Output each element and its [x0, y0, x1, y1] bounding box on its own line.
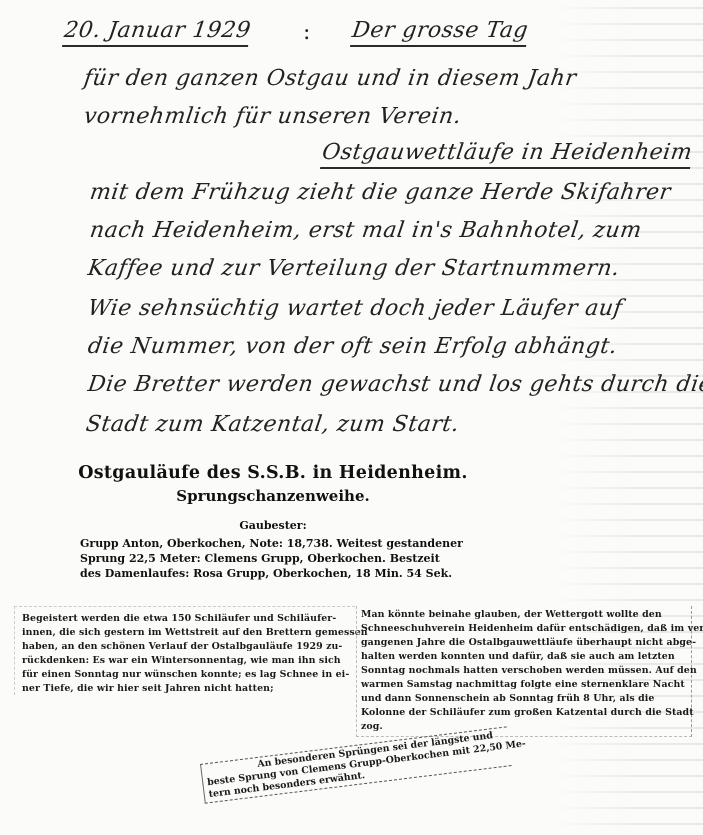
handwritten-date: 20. Januar 1929: [62, 18, 252, 47]
handwritten-heading: Der grosse Tag: [350, 18, 530, 47]
handwritten-line: vornehmlich für unseren Verein.: [82, 104, 463, 129]
results-line: Sprung 22,5 Meter: Clemens Grupp, Oberko…: [80, 551, 462, 566]
article-line: Schneeschuhverein Heidenheim dafür entsc…: [361, 622, 687, 636]
article-line: Kolonne der Schiläufer zum großen Katzen…: [361, 706, 687, 720]
article-line: gangenen Jahre die Ostalbgauwettläufe üb…: [361, 636, 687, 650]
handwritten-line: die Nummer, von der oft sein Erfolg abhä…: [86, 334, 619, 359]
handwritten-line: Die Bretter werden gewachst und los geht…: [86, 372, 703, 397]
handwritten-subheading: Ostgauwettläufe in Heidenheim: [320, 140, 694, 169]
slip-clipping: An besonderen Sprüngen sei der längste u…: [200, 726, 512, 803]
clipping-subtitle: Sprungschanzenweihe.: [78, 487, 468, 505]
clipping-title: Ostgauläufe des S.S.B. in Heidenheim.: [78, 463, 468, 483]
handwritten-line: Stadt zum Katzental, zum Start.: [84, 412, 461, 437]
article-line: und dann Sonnenschein ab Sonntag früh 8 …: [361, 692, 687, 706]
article-right: Man könnte beinahe glauben, der Wettergo…: [356, 606, 692, 737]
article-line: halten werden konnten und dafür, daß sie…: [361, 650, 687, 664]
handwritten-line: mit dem Frühzug zieht die ganze Herde Sk…: [88, 180, 672, 205]
article-line: Sonntag nochmals hatten verschoben werde…: [361, 664, 687, 678]
article-line: innen, die sich gestern im Wettstreit au…: [22, 626, 352, 640]
handwritten-line: Kaffee und zur Verteilung der Startnumme…: [86, 256, 621, 281]
results-line: des Damenlaufes: Rosa Grupp, Oberkochen,…: [80, 566, 462, 581]
handwritten-line: nach Heidenheim, erst mal in's Bahnhotel…: [88, 218, 643, 243]
article-line: für einen Sonntag nur wünschen konnte; e…: [22, 668, 352, 682]
article-line: ner Tiefe, die wir hier seit Jahren nich…: [22, 682, 352, 696]
results-line: Grupp Anton, Oberkochen, Note: 18,738. W…: [80, 536, 462, 551]
article-line: Begeistert werden die etwa 150 Schiläufe…: [22, 612, 352, 626]
handwritten-separator: :: [303, 20, 310, 45]
handwritten-line: für den ganzen Ostgau und in diesem Jahr: [82, 66, 578, 91]
article-line: warmen Samstag nachmittag folgte eine st…: [361, 678, 687, 692]
handwritten-line: Wie sehnsüchtig wartet doch jeder Läufer…: [86, 296, 624, 321]
article-line: haben, an den schönen Verlauf der Ostalb…: [22, 640, 352, 654]
article-line: zog.: [361, 720, 687, 734]
clipping-results: Grupp Anton, Oberkochen, Note: 18,738. W…: [80, 536, 462, 581]
article-left: Begeistert werden die etwa 150 Schiläufe…: [22, 612, 352, 696]
article-line: Man könnte beinahe glauben, der Wettergo…: [361, 608, 687, 622]
article-line: rückdenken: Es war ein Wintersonnentag, …: [22, 654, 352, 668]
clipping-label: Gaubester:: [78, 519, 468, 532]
